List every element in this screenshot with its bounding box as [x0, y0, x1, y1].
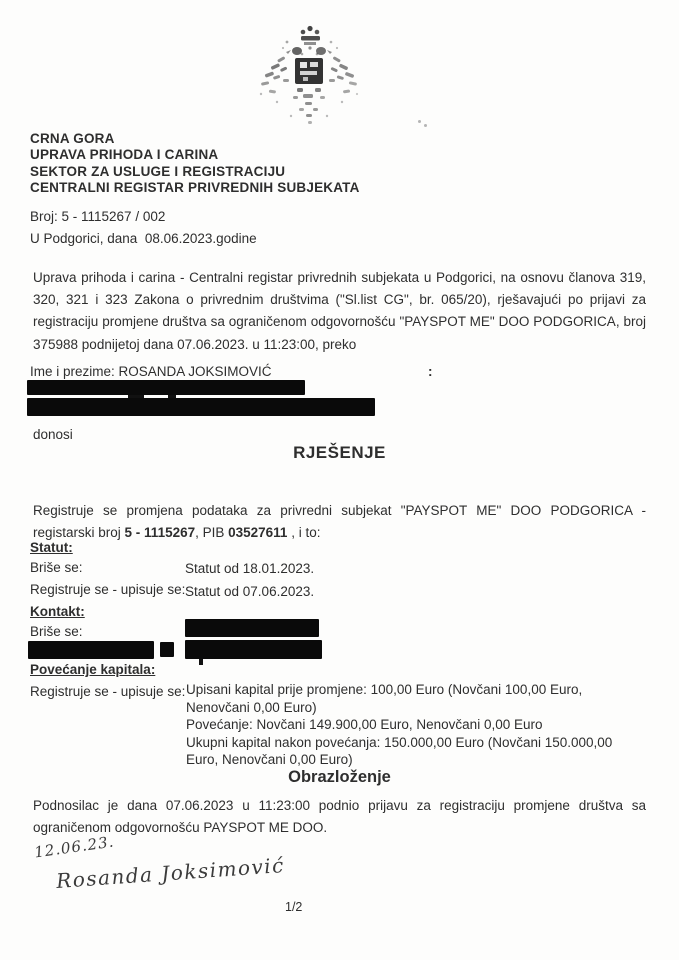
- section-heading-kontakt: Kontakt:: [30, 604, 85, 619]
- decision-text: , i to:: [287, 525, 320, 540]
- redaction-bar: [185, 619, 319, 637]
- redaction-bar: [27, 398, 375, 416]
- row-value: Statut od 07.06.2023.: [185, 584, 314, 599]
- redaction-bar: [27, 380, 305, 395]
- letterhead-line: CENTRALNI REGISTAR PRIVREDNIH SUBJEKATA: [30, 180, 360, 196]
- scan-speck: [418, 120, 421, 123]
- ink-mark: [199, 659, 203, 665]
- row-value: Statut od 18.01.2023.: [185, 561, 314, 576]
- registration-number: 5 - 1115267: [125, 525, 196, 540]
- kapital-line: Upisani kapital prije promjene: 100,00 E…: [186, 681, 618, 716]
- row-label: Registruje se - upisuje se:: [30, 582, 185, 597]
- decision-paragraph: Registruje se promjena podataka za privr…: [33, 500, 646, 544]
- redaction-bar: [28, 641, 154, 659]
- scanned-document-page: CRNA GORA UPRAVA PRIHODA I CARINA SEKTOR…: [0, 0, 679, 960]
- intro-paragraph: Uprava prihoda i carina - Centralni regi…: [33, 267, 646, 356]
- row-label: Briše se:: [30, 560, 83, 575]
- handwritten-signature: Rosanda Joksimović: [55, 853, 285, 893]
- letterhead-line: UPRAVA PRIHODA I CARINA: [30, 147, 360, 163]
- section-heading-statut: Statut:: [30, 540, 73, 555]
- scan-speck: [424, 124, 427, 127]
- pib-number: 03527611: [228, 525, 287, 540]
- redaction-bar: [185, 640, 322, 659]
- obrazlozenje-paragraph: Podnosilac je dana 07.06.2023 u 11:23:00…: [33, 795, 646, 839]
- letterhead-line: CRNA GORA: [30, 131, 360, 147]
- applicant-name: Ime i prezime: ROSANDA JOKSIMOVIĆ: [30, 363, 272, 381]
- obrazlozenje-heading: Obrazloženje: [0, 768, 679, 787]
- document-title: RJEŠENJE: [0, 443, 679, 463]
- case-number: Broj: 5 - 1115267 / 002: [30, 208, 165, 226]
- page-number: 1/2: [285, 900, 302, 914]
- place-date: U Podgorici, dana 08.06.2023.godine: [30, 230, 257, 248]
- row-label: Briše se:: [30, 624, 83, 639]
- redaction-square: [160, 642, 174, 657]
- coat-of-arms-stamp-icon: [247, 24, 373, 137]
- donosi-word: donosi: [33, 426, 73, 444]
- kapital-line: Ukupni kapital nakon povećanja: 150.000,…: [186, 734, 618, 769]
- decision-text: , PIB: [195, 525, 228, 540]
- kapital-values: Upisani kapital prije promjene: 100,00 E…: [186, 681, 618, 769]
- row-label: Registruje se - upisuje se:: [30, 684, 185, 699]
- section-heading-povecanje: Povećanje kapitala:: [30, 662, 155, 677]
- letterhead: CRNA GORA UPRAVA PRIHODA I CARINA SEKTOR…: [30, 131, 360, 196]
- kapital-line: Povećanje: Novčani 149.900,00 Euro, Neno…: [186, 716, 618, 734]
- stray-colon-mark: :: [428, 363, 433, 381]
- letterhead-line: SEKTOR ZA USLUGE I REGISTRACIJU: [30, 164, 360, 180]
